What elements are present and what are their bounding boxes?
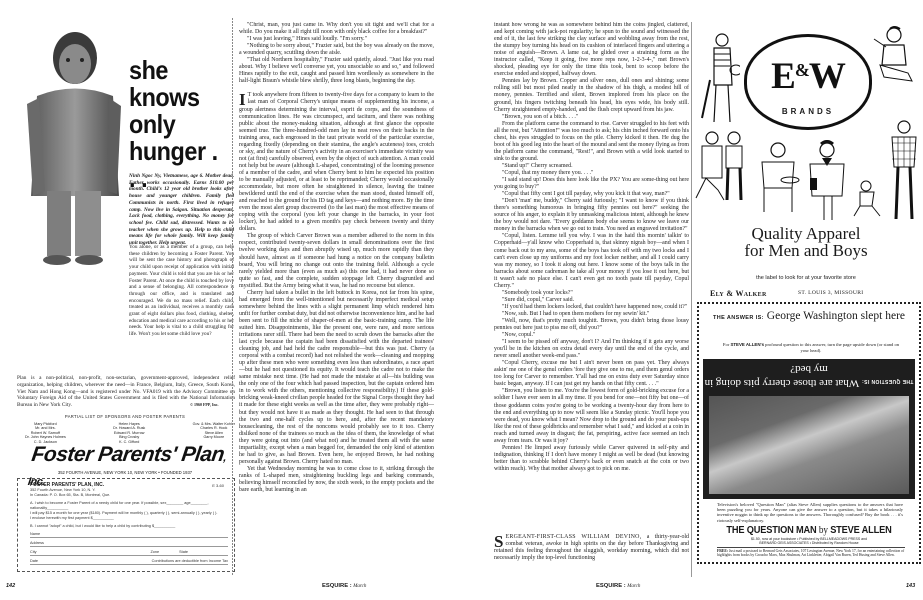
upside-down-question: THE QUESTION IS: What are those cherry p… bbox=[703, 363, 915, 389]
state-label: State bbox=[179, 550, 188, 555]
answer-instruction: For STEVE ALLEN's profound question to t… bbox=[721, 342, 901, 353]
story-paragraph: From the platform came the command to ri… bbox=[494, 121, 689, 163]
book-title: THE QUESTION MAN bbox=[726, 524, 816, 536]
section-opening: SERGEANT-FIRST-CLASS WILLIAM DEVINO, a t… bbox=[494, 532, 689, 562]
case-history-text: Ninh Ngoc Ny, Vietnamese, age 6. Mother … bbox=[129, 173, 234, 247]
magazine-name: ESQUIRE bbox=[596, 583, 622, 589]
foster-parents-ad: she knows only hunger . . . Ninh Ngoc Ny… bbox=[5, 12, 230, 577]
page-number: 142 bbox=[6, 583, 15, 589]
answer-lead: THE ANSWER IS: bbox=[713, 315, 764, 321]
story-paragraph: instant how wrong he was as somewhere be… bbox=[494, 22, 689, 78]
city-label: City bbox=[30, 550, 37, 555]
story-paragraph: "Well, now, that's pretty much toughitt.… bbox=[494, 318, 689, 332]
copyright: © 1960 FPP, Inc. bbox=[190, 402, 219, 407]
name-field[interactable]: Name bbox=[30, 530, 228, 538]
headline-line: she bbox=[129, 57, 220, 84]
story-paragraph: "If you'd had them lockers locked, that … bbox=[494, 304, 689, 311]
story-text: T took anywhere from fifteen to twenty-f… bbox=[239, 92, 434, 232]
steve-allen-photo bbox=[709, 396, 909, 494]
ew-brands-ad: E&W BRANDS bbox=[692, 20, 920, 245]
instruction-name: STEVE ALLEN's bbox=[730, 342, 764, 347]
man-with-pipe-illustration bbox=[884, 115, 920, 225]
story-paragraph: "Copul Cherry, excuse me but I ain't nev… bbox=[494, 360, 689, 388]
headline-line: knows bbox=[129, 84, 220, 111]
ew-logo-oval: E&W BRANDS bbox=[744, 34, 872, 130]
drop-cap: I bbox=[239, 93, 246, 106]
sponsors-column: Helen Hayes Dr. Howard A. Rusk Edward R.… bbox=[113, 422, 145, 444]
sponsors-column: Mary Pickford Mr. and Mrs. Robert W. Sar… bbox=[25, 422, 66, 444]
story-paragraph: "Sure did, copul," Carver said. bbox=[494, 297, 689, 304]
book-title-line: THE QUESTION MAN by STEVE ALLEN bbox=[710, 524, 907, 536]
logo-letter: E bbox=[771, 56, 795, 97]
story-paragraph: Yet that Wednesday morning he was to com… bbox=[239, 466, 434, 494]
boy-with-plate-illustration bbox=[752, 140, 802, 215]
tax-note: Contributions are deductible from Income… bbox=[152, 559, 228, 564]
child-running-illustration bbox=[852, 180, 882, 220]
address-label: Address bbox=[30, 541, 44, 546]
story-paragraph: "Stand up!" Cherry screamed. bbox=[494, 163, 689, 170]
question-lead: THE QUESTION IS: bbox=[862, 378, 914, 384]
boy-reading-illustration bbox=[872, 25, 916, 85]
drop-cap: S bbox=[494, 535, 503, 548]
logo-letter: W bbox=[809, 56, 845, 97]
ad-headline: she knows only hunger . . . bbox=[129, 57, 220, 192]
magazine-name: ESQUIRE bbox=[322, 583, 348, 589]
story-paragraph: "Nothing to be sorry about," Frazier sai… bbox=[239, 43, 434, 57]
story-paragraph: Cherry had taken a bullet in the left bu… bbox=[239, 290, 434, 466]
section-lead: ERGEANT-FIRST-CLASS WILLIAM DEVINO, bbox=[505, 534, 641, 540]
page-number: 143 bbox=[906, 583, 915, 589]
instruction-text: profound question to this answer, turn t… bbox=[764, 342, 899, 353]
publisher-info: $1.50, now at your bookstore • Published… bbox=[697, 537, 921, 545]
ew-logo: E&W bbox=[747, 55, 869, 98]
story-paragraph: "I seem to be pissed off anyway, don't I… bbox=[494, 339, 689, 360]
man-and-boy-illustration bbox=[694, 128, 749, 208]
story-paragraph: IT took anywhere from fifteen to twenty-… bbox=[239, 92, 434, 233]
child-photo bbox=[17, 26, 122, 266]
story-paragraph: "Brown, you listen to me. You're the low… bbox=[494, 388, 689, 444]
story-paragraph: "Copul, that my money there you. . . ." bbox=[494, 170, 689, 177]
free-lead: FREE: bbox=[717, 549, 728, 553]
question-text: What are those cherry pits doing in my b… bbox=[705, 363, 860, 389]
tagline-line: for Men and Boys bbox=[692, 242, 920, 259]
ew-label-line: the label to look for at your favorite s… bbox=[692, 275, 920, 281]
story-paragraph: SERGEANT-FIRST-CLASS WILLIAM DEVINO, a t… bbox=[494, 534, 689, 562]
folio: ESQUIRE : March bbox=[596, 583, 640, 589]
name-label: Name bbox=[30, 532, 40, 537]
publisher-line: BERNARD GEIS ASSOCIATES • Distributed by… bbox=[697, 541, 921, 545]
ew-tagline: Quality Apparel for Men and Boys bbox=[692, 225, 920, 259]
by-word: by bbox=[819, 525, 828, 536]
brands-label: BRANDS bbox=[747, 107, 869, 116]
free-text: Just mail a postcard to Bernard Geis Ass… bbox=[717, 549, 904, 557]
issue-month: March bbox=[627, 584, 640, 589]
story-paragraph: Pennies lay by Brown. Copper and silver … bbox=[494, 78, 689, 113]
story-column: instant how wrong he was as somewhere be… bbox=[494, 22, 689, 567]
answer-text: George Washington slept here bbox=[767, 310, 905, 322]
sponsors-column: Gov. & Mrs. Walter Kohler Charles R. Hoo… bbox=[193, 422, 235, 444]
teen-with-books-illustration bbox=[802, 140, 852, 220]
free-offer: FREE: Just mail a postcard to Bernard Ge… bbox=[717, 547, 905, 558]
date-field[interactable]: Date Contributions are deductible from I… bbox=[30, 557, 228, 565]
boy-with-bat-illustration bbox=[700, 30, 740, 125]
left-page: she knows only hunger . . . Ninh Ngoc Ny… bbox=[0, 0, 461, 600]
question-block: THE QUESTION IS: What are those cherry p… bbox=[703, 359, 915, 499]
coupon-option-a[interactable]: A. I wish to become a Foster Parent of a… bbox=[30, 501, 228, 511]
maker-city: ST. LOUIS 3, MISSOURI bbox=[798, 290, 863, 296]
sponsors-list: Mary Pickford Mr. and Mrs. Robert W. Sar… bbox=[25, 422, 235, 444]
headline-line: only bbox=[129, 111, 220, 138]
sponsor-name: Dr. John Haynes Holmes bbox=[25, 435, 66, 439]
ad-body-text: You alone, or as a member of a group, ca… bbox=[129, 244, 234, 338]
story-paragraph: "Christ, man, you just came in. Why don'… bbox=[239, 22, 434, 36]
story-paragraph: "I was just leaving," Hines said loudly.… bbox=[239, 36, 434, 43]
story-paragraph: "Somebody took your locks?" bbox=[494, 290, 689, 297]
column-rule bbox=[232, 18, 233, 576]
logo-ampersand: & bbox=[795, 60, 809, 80]
story-paragraph: "Don't 'man' me, buddy," Cherry said fur… bbox=[494, 198, 689, 233]
coupon-form[interactable]: E 3-60 FOSTER PARENTS' PLAN, INC. 352 Fo… bbox=[17, 478, 235, 572]
story-paragraph: "Brown, you son of a bitch. . . ." bbox=[494, 114, 689, 121]
story-paragraph: "Copul, listen. Lemme tell you why. I wa… bbox=[494, 233, 689, 289]
tagline-line: Quality Apparel bbox=[692, 225, 920, 242]
zone-label: Zone bbox=[150, 550, 159, 555]
folio: ESQUIRE : March bbox=[322, 583, 366, 589]
city-field[interactable]: City Zone State bbox=[30, 548, 228, 556]
maker-name: Ely & Walker bbox=[710, 289, 767, 298]
story-paragraph: Pennies! He limped away furiously while … bbox=[494, 445, 689, 473]
story-column: "Christ, man, you just came in. Why don'… bbox=[239, 22, 434, 572]
story-paragraph: "I said stand up! Does this here look li… bbox=[494, 177, 689, 191]
steve-allen-book-ad: THE ANSWER IS: George Washington slept h… bbox=[697, 302, 921, 564]
story-paragraph: "That old Northern hospitality," Frazier… bbox=[239, 57, 434, 85]
issue-month: March bbox=[353, 584, 366, 589]
coupon-option-b[interactable]: B. I cannot "adopt" a child, but I would… bbox=[30, 524, 228, 529]
date-label: Date bbox=[30, 559, 38, 564]
book-author: STEVE ALLEN bbox=[830, 524, 891, 536]
sponsor-name: Garry Moore bbox=[193, 435, 235, 439]
sponsors-title: PARTIAL LIST OF SPONSORS AND FOSTER PARE… bbox=[15, 414, 235, 419]
coupon-code: E 3-60 bbox=[212, 483, 224, 488]
answer-heading: THE ANSWER IS: George Washington slept h… bbox=[697, 310, 921, 324]
address-field[interactable]: Address bbox=[30, 539, 228, 547]
logo-name: Foster Parents' Plan bbox=[30, 443, 225, 466]
book-description: Television's beloved "Question Man" (ali… bbox=[717, 502, 903, 523]
right-page: instant how wrong he was as somewhere be… bbox=[461, 0, 923, 600]
story-paragraph: "Now, suh. But I had to open them mother… bbox=[494, 311, 689, 318]
story-paragraph: The group of which Carver Brown was a me… bbox=[239, 233, 434, 289]
organization-address: 352 FOURTH AVENUE, NEW YORK 10, NEW YORK… bbox=[15, 470, 235, 475]
